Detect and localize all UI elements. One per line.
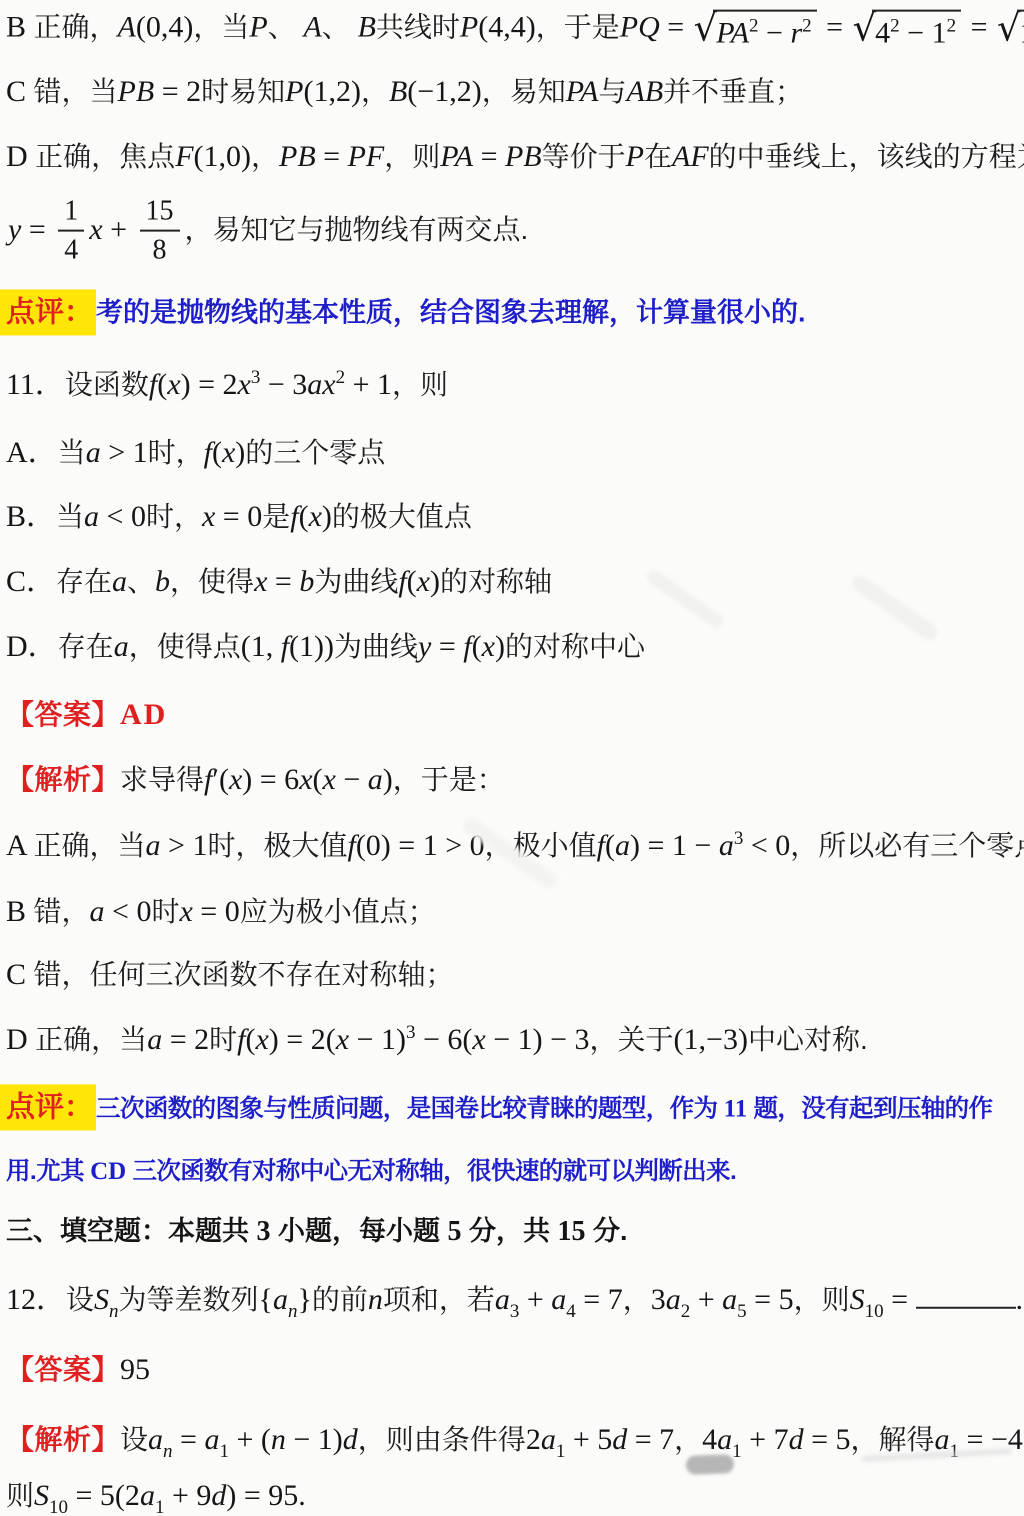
superscript: 2: [749, 15, 759, 36]
math-text: +: [103, 213, 135, 246]
section-header-number: 3: [257, 1216, 271, 1247]
math-text: =: [963, 11, 995, 44]
red-bracket-label: 【解析】: [6, 1424, 120, 1455]
text-run: 时易知: [201, 76, 285, 107]
math-variable: f: [149, 368, 157, 401]
math-text: (: [299, 500, 309, 533]
superscript: 3: [406, 1022, 416, 1043]
comment-text: 题，没有起到压轴的作: [747, 1095, 992, 1122]
math-text: (1,2): [303, 75, 360, 108]
math-text: (−1,2): [407, 75, 481, 108]
answer-letters: AD: [120, 698, 167, 731]
radicand: 15: [1017, 9, 1024, 49]
math-text: 4: [875, 16, 890, 49]
math-text: − 1): [349, 1023, 406, 1056]
math-text: (4,4): [478, 11, 535, 44]
math-variable: PF: [348, 140, 385, 173]
math-text: A．: [6, 436, 58, 469]
math-text: < 0: [105, 895, 152, 928]
text-run: 设: [66, 1284, 94, 1315]
text-run: 当: [58, 437, 86, 468]
superscript: 2: [802, 15, 812, 36]
math-text: = 5(2: [68, 1479, 140, 1512]
math-text: 12．: [6, 1283, 66, 1316]
math-variable: x: [222, 436, 235, 469]
math-variable: AF: [672, 140, 709, 173]
math-variable: a: [148, 1423, 163, 1456]
text-run: 的三个零点: [245, 437, 385, 468]
comment-label-highlight: 点评：: [0, 289, 96, 335]
math-text: +: [519, 1283, 551, 1316]
text-run: 错，当: [34, 76, 118, 107]
superscript: 3: [251, 367, 261, 388]
math-text: = 2: [154, 75, 201, 108]
comment-text-serif: 11: [724, 1095, 748, 1122]
math-text: (: [313, 763, 323, 796]
math-text: C: [6, 958, 34, 991]
text-run: ，则由条件得: [358, 1424, 526, 1455]
math-variable: a: [84, 500, 99, 533]
math-variable: PB: [505, 140, 542, 173]
comment-text-serif: CD: [90, 1158, 126, 1185]
math-text: ): [235, 436, 245, 469]
text-run: 为曲线: [334, 631, 418, 662]
math-variable: y: [418, 630, 431, 663]
math-text: =: [316, 140, 348, 173]
text-run: ，易知它与抛物线有两交点.: [185, 214, 529, 245]
math-variable: n: [271, 1423, 286, 1456]
math-variable: a: [112, 565, 127, 598]
text-run: 正确，焦点: [35, 141, 175, 172]
radical: √42 − 12: [853, 9, 962, 49]
math-variable: a: [551, 1283, 566, 1316]
math-text: + 7: [742, 1423, 789, 1456]
math-text: ) = 2(: [269, 1023, 336, 1056]
math-text: (: [407, 565, 417, 598]
subscript: 1: [556, 1441, 566, 1462]
text-run: 设函数: [65, 369, 149, 400]
text-run: ，于是：: [393, 764, 505, 795]
math-text: C: [6, 75, 34, 108]
math-variable: a: [114, 630, 129, 663]
math-text: −: [759, 16, 791, 49]
math-variable: a: [147, 1023, 162, 1056]
math-text: =: [431, 630, 463, 663]
math-text: (1,−3): [674, 1023, 748, 1056]
math-text: ): [495, 630, 505, 663]
radical: √PA2 − r2: [694, 9, 817, 49]
q11-option-d-analysis: D 正确，当a = 2时f(x) = 2(x − 1)3 − 6(x − 1) …: [6, 1020, 868, 1061]
red-bracket-label: 【解析】: [6, 764, 120, 795]
math-text: − 6(: [415, 1023, 472, 1056]
math-text: .: [1016, 1283, 1024, 1316]
section-header-text: 小题，每小题: [271, 1216, 448, 1246]
subscript: 10: [49, 1497, 68, 1516]
subscript: 1: [155, 1497, 165, 1516]
math-text: A: [6, 829, 34, 862]
document-body: B 正确，A(0,4)，当P、 A、 B共线时P(4,4)，于是PQ = √PA…: [0, 0, 1024, 1516]
math-text: D: [6, 1023, 35, 1056]
math-variable: PA: [440, 140, 473, 173]
text-run: 应为极小值点；: [240, 896, 436, 927]
text-run: 求导得: [120, 764, 204, 795]
subscript: n: [163, 1441, 173, 1462]
math-text: =: [267, 565, 299, 598]
math-variable: f: [347, 829, 355, 862]
math-variable: x: [202, 500, 215, 533]
math-text: =: [473, 140, 505, 173]
q11-option-b: B．当a < 0时，x = 0是f(x)的极大值点: [6, 497, 472, 538]
text-run: 的极大值点: [332, 501, 472, 532]
math-variable: f: [290, 500, 298, 533]
fraction-denominator: 8: [140, 232, 180, 265]
math-variable: PQ: [620, 11, 660, 44]
math-text: = 7: [576, 1283, 623, 1316]
text-run: ，于是: [536, 12, 620, 43]
math-text: = −4: [959, 1423, 1023, 1456]
math-variable: x: [336, 1023, 349, 1056]
math-variable: B: [358, 11, 376, 44]
math-text: + 1: [345, 368, 392, 401]
superscript: 2: [890, 15, 900, 36]
radicand: PA2 − r2: [713, 9, 816, 49]
math-text: (: [605, 829, 615, 862]
q11-option-c-analysis: C 错，任何三次函数不存在对称轴；: [6, 955, 454, 996]
math-variable: P: [460, 11, 478, 44]
math-text: (: [245, 1023, 255, 1056]
comment-text: 三次函数有对称中心无对称轴，很快速的就可以判断出来.: [126, 1158, 736, 1185]
math-text: + 5: [565, 1423, 612, 1456]
subscript: 4: [566, 1301, 576, 1322]
math-variable: a: [495, 1283, 510, 1316]
text-run: 等价于: [542, 141, 626, 172]
text-run: 的中垂线上，该线的方程为: [709, 141, 1024, 172]
blank-underline: [916, 1303, 1016, 1309]
q11-option-c: C．存在a、b，使得x = b为曲线f(x)的对称轴: [6, 562, 552, 603]
text-run: 时: [151, 896, 179, 927]
math-text: =: [173, 1423, 205, 1456]
superscript: 2: [947, 15, 957, 36]
text-run: 正确，当: [35, 1024, 147, 1055]
math-text: .: [298, 1479, 306, 1512]
math-variable: a: [90, 895, 105, 928]
math-text: (: [472, 630, 482, 663]
text-run: 错，任何三次函数不存在对称轴；: [34, 959, 454, 990]
red-bracket-label: 【答案】: [6, 699, 120, 730]
math-variable: S: [94, 1283, 109, 1316]
subscript: 5: [737, 1301, 747, 1322]
math-variable: a: [146, 829, 161, 862]
math-variable: a: [722, 1283, 737, 1316]
text-run: 当: [56, 501, 84, 532]
math-variable: x: [229, 763, 242, 796]
section-header-number: 15: [558, 1216, 586, 1247]
math-text: =: [819, 11, 851, 44]
math-variable: a: [273, 1283, 288, 1316]
math-variable: x: [254, 565, 267, 598]
math-variable: x: [255, 1023, 268, 1056]
math-variable: x: [482, 630, 495, 663]
text-run: ，则: [392, 369, 448, 400]
math-variable: d: [612, 1423, 627, 1456]
text-run: 的对称中心: [505, 631, 645, 662]
subscript: n: [109, 1301, 119, 1322]
math-variable: a: [541, 1423, 556, 1456]
math-text: D．: [6, 630, 58, 663]
math-text: (: [212, 436, 222, 469]
subscript: 10: [865, 1301, 884, 1322]
q11-option-a: A．当a > 1时，f(x)的三个零点: [6, 433, 385, 474]
q12-stem: 12．设Sn为等差数列{an}的前n项和，若a3 + a4 = 7，3a2 + …: [6, 1280, 1023, 1321]
math-text: 11．: [6, 368, 65, 401]
q10-option-b-analysis: B 正确，A(0,4)，当P、 A、 B共线时P(4,4)，于是PQ = √PA…: [6, 8, 1024, 53]
math-variable: a: [615, 829, 630, 862]
math-variable: PA: [566, 75, 599, 108]
q10-option-d-analysis: D 正确，焦点F(1,0)，PB = PF，则PA = PB等价于P在AF的中垂…: [6, 137, 1024, 178]
math-variable: a: [717, 1423, 732, 1456]
subscript: 3: [510, 1301, 520, 1322]
text-run: ，使得: [170, 566, 254, 597]
text-run: 中心对称.: [748, 1024, 868, 1055]
math-variable: AB: [627, 75, 664, 108]
comment-text: 用.尤其: [6, 1158, 90, 1185]
math-text: ) = 6: [242, 763, 299, 796]
subscript: n: [288, 1301, 298, 1322]
q11-answer: 【答案】AD: [6, 695, 167, 736]
math-variable: S: [850, 1283, 865, 1316]
math-text: =: [884, 1283, 916, 1316]
text-run: 与: [599, 76, 627, 107]
math-variable: S: [34, 1479, 49, 1512]
math-variable: P: [626, 140, 644, 173]
text-run: 正确，当: [34, 830, 146, 861]
math-variable: A: [303, 11, 321, 44]
math-text: − 1) − 3: [486, 1023, 590, 1056]
math-text: B．: [6, 500, 56, 533]
math-text: = 0: [193, 895, 240, 928]
math-variable: a: [368, 763, 383, 796]
text-run: ，: [251, 141, 279, 172]
math-variable: d: [789, 1423, 804, 1456]
math-variable: b: [299, 565, 314, 598]
math-text: }: [297, 1283, 311, 1316]
subscript: 1: [950, 1441, 960, 1462]
superscript: 2: [336, 367, 346, 388]
math-text: < 0: [99, 500, 146, 533]
fraction-denominator: 4: [58, 232, 84, 265]
comment-label-highlight: 点评：: [0, 1084, 96, 1130]
math-variable: d: [211, 1479, 226, 1512]
math-variable: f: [597, 829, 605, 862]
text-run: ，: [623, 1284, 651, 1315]
comment-text: 三次函数的图象与性质问题，是国卷比较青睐的题型，作为: [96, 1095, 724, 1122]
math-text: (: [157, 368, 167, 401]
text-run: ，解得: [851, 1424, 935, 1455]
text-run: 为等差数列: [119, 1284, 259, 1315]
text-run: 时，: [148, 437, 204, 468]
math-text: −: [336, 763, 368, 796]
text-run: 、: [268, 12, 304, 43]
math-variable: a: [140, 1479, 155, 1512]
math-variable: d: [343, 1423, 358, 1456]
q11-option-b-analysis: B 错，a < 0时x = 0应为极小值点；: [6, 892, 436, 933]
q11-comment-line2: 用.尤其 CD 三次函数有对称中心无对称轴，很快速的就可以判断出来.: [6, 1155, 736, 1189]
math-variable: x: [167, 368, 180, 401]
text-run: 时，: [146, 501, 202, 532]
math-variable: x: [179, 895, 192, 928]
math-text: = 0: [215, 500, 262, 533]
fraction-numerator: 15: [140, 197, 180, 232]
math-variable: n: [368, 1283, 383, 1316]
q11-stem: 11．设函数f(x) = 2x3 − 3ax2 + 1，则: [6, 365, 448, 406]
text-run: ，则: [794, 1284, 850, 1315]
math-text: = 5: [747, 1283, 794, 1316]
math-text: =: [21, 213, 53, 246]
math-text: ) = 2: [181, 368, 238, 401]
text-run: 时: [209, 1024, 237, 1055]
math-variable: x: [472, 1023, 485, 1056]
math-variable: b: [155, 565, 170, 598]
math-text: B: [6, 11, 34, 44]
text-run: ，关于: [590, 1024, 674, 1055]
math-text: − 1: [900, 16, 947, 49]
math-variable: PB: [279, 140, 316, 173]
math-variable: A: [118, 11, 136, 44]
text-run: 为曲线: [314, 566, 398, 597]
math-text: ) = 1 −: [630, 829, 719, 862]
math-text: 2: [526, 1423, 541, 1456]
math-variable: a: [86, 436, 101, 469]
math-text: ): [430, 565, 440, 598]
math-variable: f: [281, 630, 289, 663]
math-variable: a: [666, 1283, 681, 1316]
math-text: < 0: [743, 829, 790, 862]
math-text: {: [259, 1283, 273, 1316]
fraction: 158: [140, 197, 180, 266]
q10-option-d-equation: y = 14x + 158，易知它与抛物线有两交点.: [8, 201, 528, 270]
subscript: 1: [732, 1441, 742, 1462]
math-text: ): [383, 763, 393, 796]
section-3-header: 三、填空题：本题共 3 小题，每小题 5 分，共 15 分.: [6, 1213, 628, 1251]
red-bracket-label: 【答案】: [6, 1354, 120, 1385]
text-run: 项和，若: [383, 1284, 495, 1315]
section-header-text: 分.: [586, 1216, 628, 1246]
math-variable: P: [249, 11, 267, 44]
math-text: (1,: [241, 630, 281, 663]
text-run: ，: [361, 76, 389, 107]
text-run: 、: [322, 12, 358, 43]
q11-analysis-intro: 【解析】求导得f′(x) = 6x(x − a)，于是：: [6, 760, 505, 801]
text-run: ，当: [193, 12, 249, 43]
subscript: 1: [219, 1441, 229, 1462]
math-variable: PB: [118, 75, 155, 108]
math-text: = 2: [162, 1023, 209, 1056]
radicand: 42 − 12: [872, 9, 961, 49]
text-run: 错，: [34, 896, 90, 927]
math-text: 95: [120, 1353, 150, 1386]
text-run: 的前: [312, 1284, 368, 1315]
math-variable: x: [238, 368, 251, 401]
math-variable: r: [790, 16, 802, 49]
fraction-numerator: 1: [58, 197, 84, 232]
math-variable: f: [204, 436, 212, 469]
math-variable: PA: [716, 16, 749, 49]
math-text: C．: [6, 565, 56, 598]
subscript: 2: [681, 1301, 691, 1322]
text-run: ，所以必有三个零点；: [790, 830, 1024, 861]
math-text: (0) = 1 > 0: [356, 829, 485, 862]
math-variable: a: [935, 1423, 950, 1456]
math-variable: a: [204, 1423, 219, 1456]
q10-option-c-analysis: C 错，当PB = 2时易知P(1,2)，B(−1,2)，易知PA与AB并不垂直…: [6, 72, 803, 113]
text-run: 在: [644, 141, 672, 172]
math-variable: a: [719, 829, 734, 862]
math-text: − 3: [260, 368, 307, 401]
math-text: + (: [229, 1423, 271, 1456]
math-variable: f: [463, 630, 471, 663]
section-header-text: 三、填空题：本题共: [6, 1216, 257, 1246]
text-run: 、: [127, 566, 155, 597]
math-variable: x: [89, 213, 102, 246]
q11-option-a-analysis: A 正确，当a > 1时，极大值f(0) = 1 > 0，极小值f(a) = 1…: [6, 826, 1024, 867]
q12-answer: 【答案】95: [6, 1350, 150, 1391]
text-run: 时，极大值: [207, 830, 347, 861]
text-run: 是: [262, 501, 290, 532]
q12-analysis-line2: 则S10 = 5(2a1 + 9d) = 95.: [6, 1476, 306, 1516]
math-text: ) = 95: [226, 1479, 298, 1512]
math-text: ′(: [212, 763, 229, 796]
text-run: ，: [674, 1424, 702, 1455]
math-variable: x: [417, 565, 430, 598]
math-variable: ax: [307, 368, 335, 401]
math-text: (1)): [289, 630, 334, 663]
text-run: 存在: [56, 566, 112, 597]
superscript: 3: [734, 828, 744, 849]
math-variable: f: [398, 565, 406, 598]
math-text: = 5: [804, 1423, 851, 1456]
text-run: 存在: [58, 631, 114, 662]
text-run: 正确，: [34, 12, 118, 43]
text-run: 设: [120, 1424, 148, 1455]
text-run: 并不垂直；: [663, 76, 803, 107]
section-header-text: 分，共: [462, 1216, 558, 1246]
math-text: 15: [1020, 16, 1024, 49]
math-text: > 1: [161, 829, 208, 862]
math-variable: x: [299, 763, 312, 796]
scanned-exam-page: { "document": { "kind": "math-exam-solut…: [0, 0, 1024, 1516]
text-run: ，使得点: [129, 631, 241, 662]
text-run: ，则: [384, 141, 440, 172]
math-variable: y: [8, 213, 21, 246]
math-text: 4: [702, 1423, 717, 1456]
q12-analysis-line1: 【解析】设an = a1 + (n − 1)d，则由条件得2a1 + 5d = …: [6, 1420, 1024, 1461]
math-variable: x: [323, 763, 336, 796]
text-run: ，极小值: [485, 830, 597, 861]
radical: √15: [997, 9, 1024, 49]
math-text: +: [690, 1283, 722, 1316]
q11-option-d: D．存在a，使得点(1, f(1))为曲线y = f(x)的对称中心: [6, 627, 645, 668]
text-run: 的对称轴: [440, 566, 552, 597]
q11-comment-line1: 点评：三次函数的图象与性质问题，是国卷比较青睐的题型，作为 11 题，没有起到压…: [0, 1088, 992, 1127]
fraction: 14: [58, 197, 84, 266]
math-text: + 9: [164, 1479, 211, 1512]
section-header-number: 5: [448, 1216, 462, 1247]
comment-text: 考的是抛物线的基本性质，结合图象去理解，计算量很小的.: [96, 297, 806, 327]
math-text: 3: [651, 1283, 666, 1316]
math-variable: F: [175, 140, 193, 173]
math-variable: B: [389, 75, 407, 108]
math-text: (1,0): [194, 140, 251, 173]
